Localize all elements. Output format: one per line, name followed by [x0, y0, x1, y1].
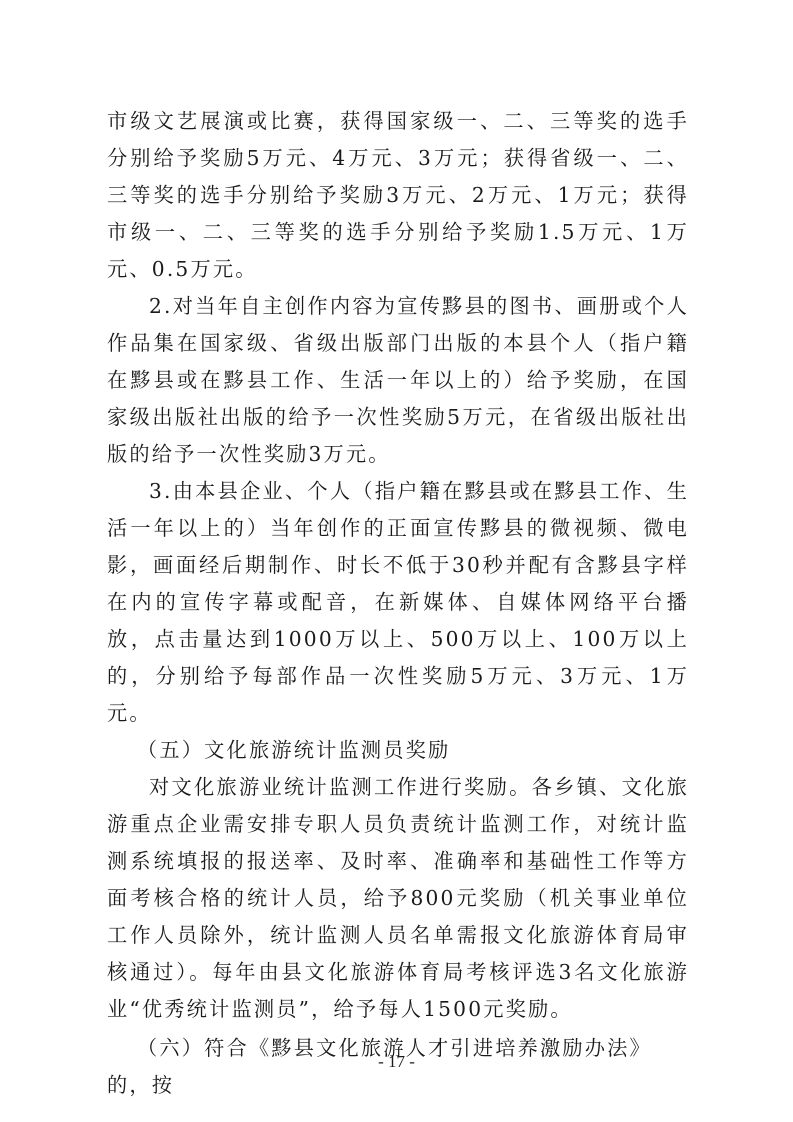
paragraph-item-2-publication-awards: 2.对当年自主创作内容为宣传黟县的图书、画册或个人作品集在国家级、省级出版部门出… — [107, 288, 689, 473]
paragraph-statistics-monitor-awards: 对文化旅游业统计监测工作进行奖励。各乡镇、文化旅游重点企业需安排专职人员负责统计… — [107, 769, 689, 1028]
paragraph-continued-awards: 市级文艺展演或比赛，获得国家级一、二、三等奖的选手分别给予奖励5万元、4万元、3… — [107, 103, 689, 288]
paragraph-item-3-video-awards: 3.由本县企业、个人（指户籍在黟县或在黟县工作、生活一年以上的）当年创作的正面宣… — [107, 473, 689, 732]
page-number: - 17 - — [0, 1052, 793, 1072]
document-page: 市级文艺展演或比赛，获得国家级一、二、三等奖的选手分别给予奖励5万元、4万元、3… — [107, 103, 689, 1104]
section-heading-statistics-monitor-awards: （五）文化旅游统计监测员奖励 — [107, 732, 689, 769]
